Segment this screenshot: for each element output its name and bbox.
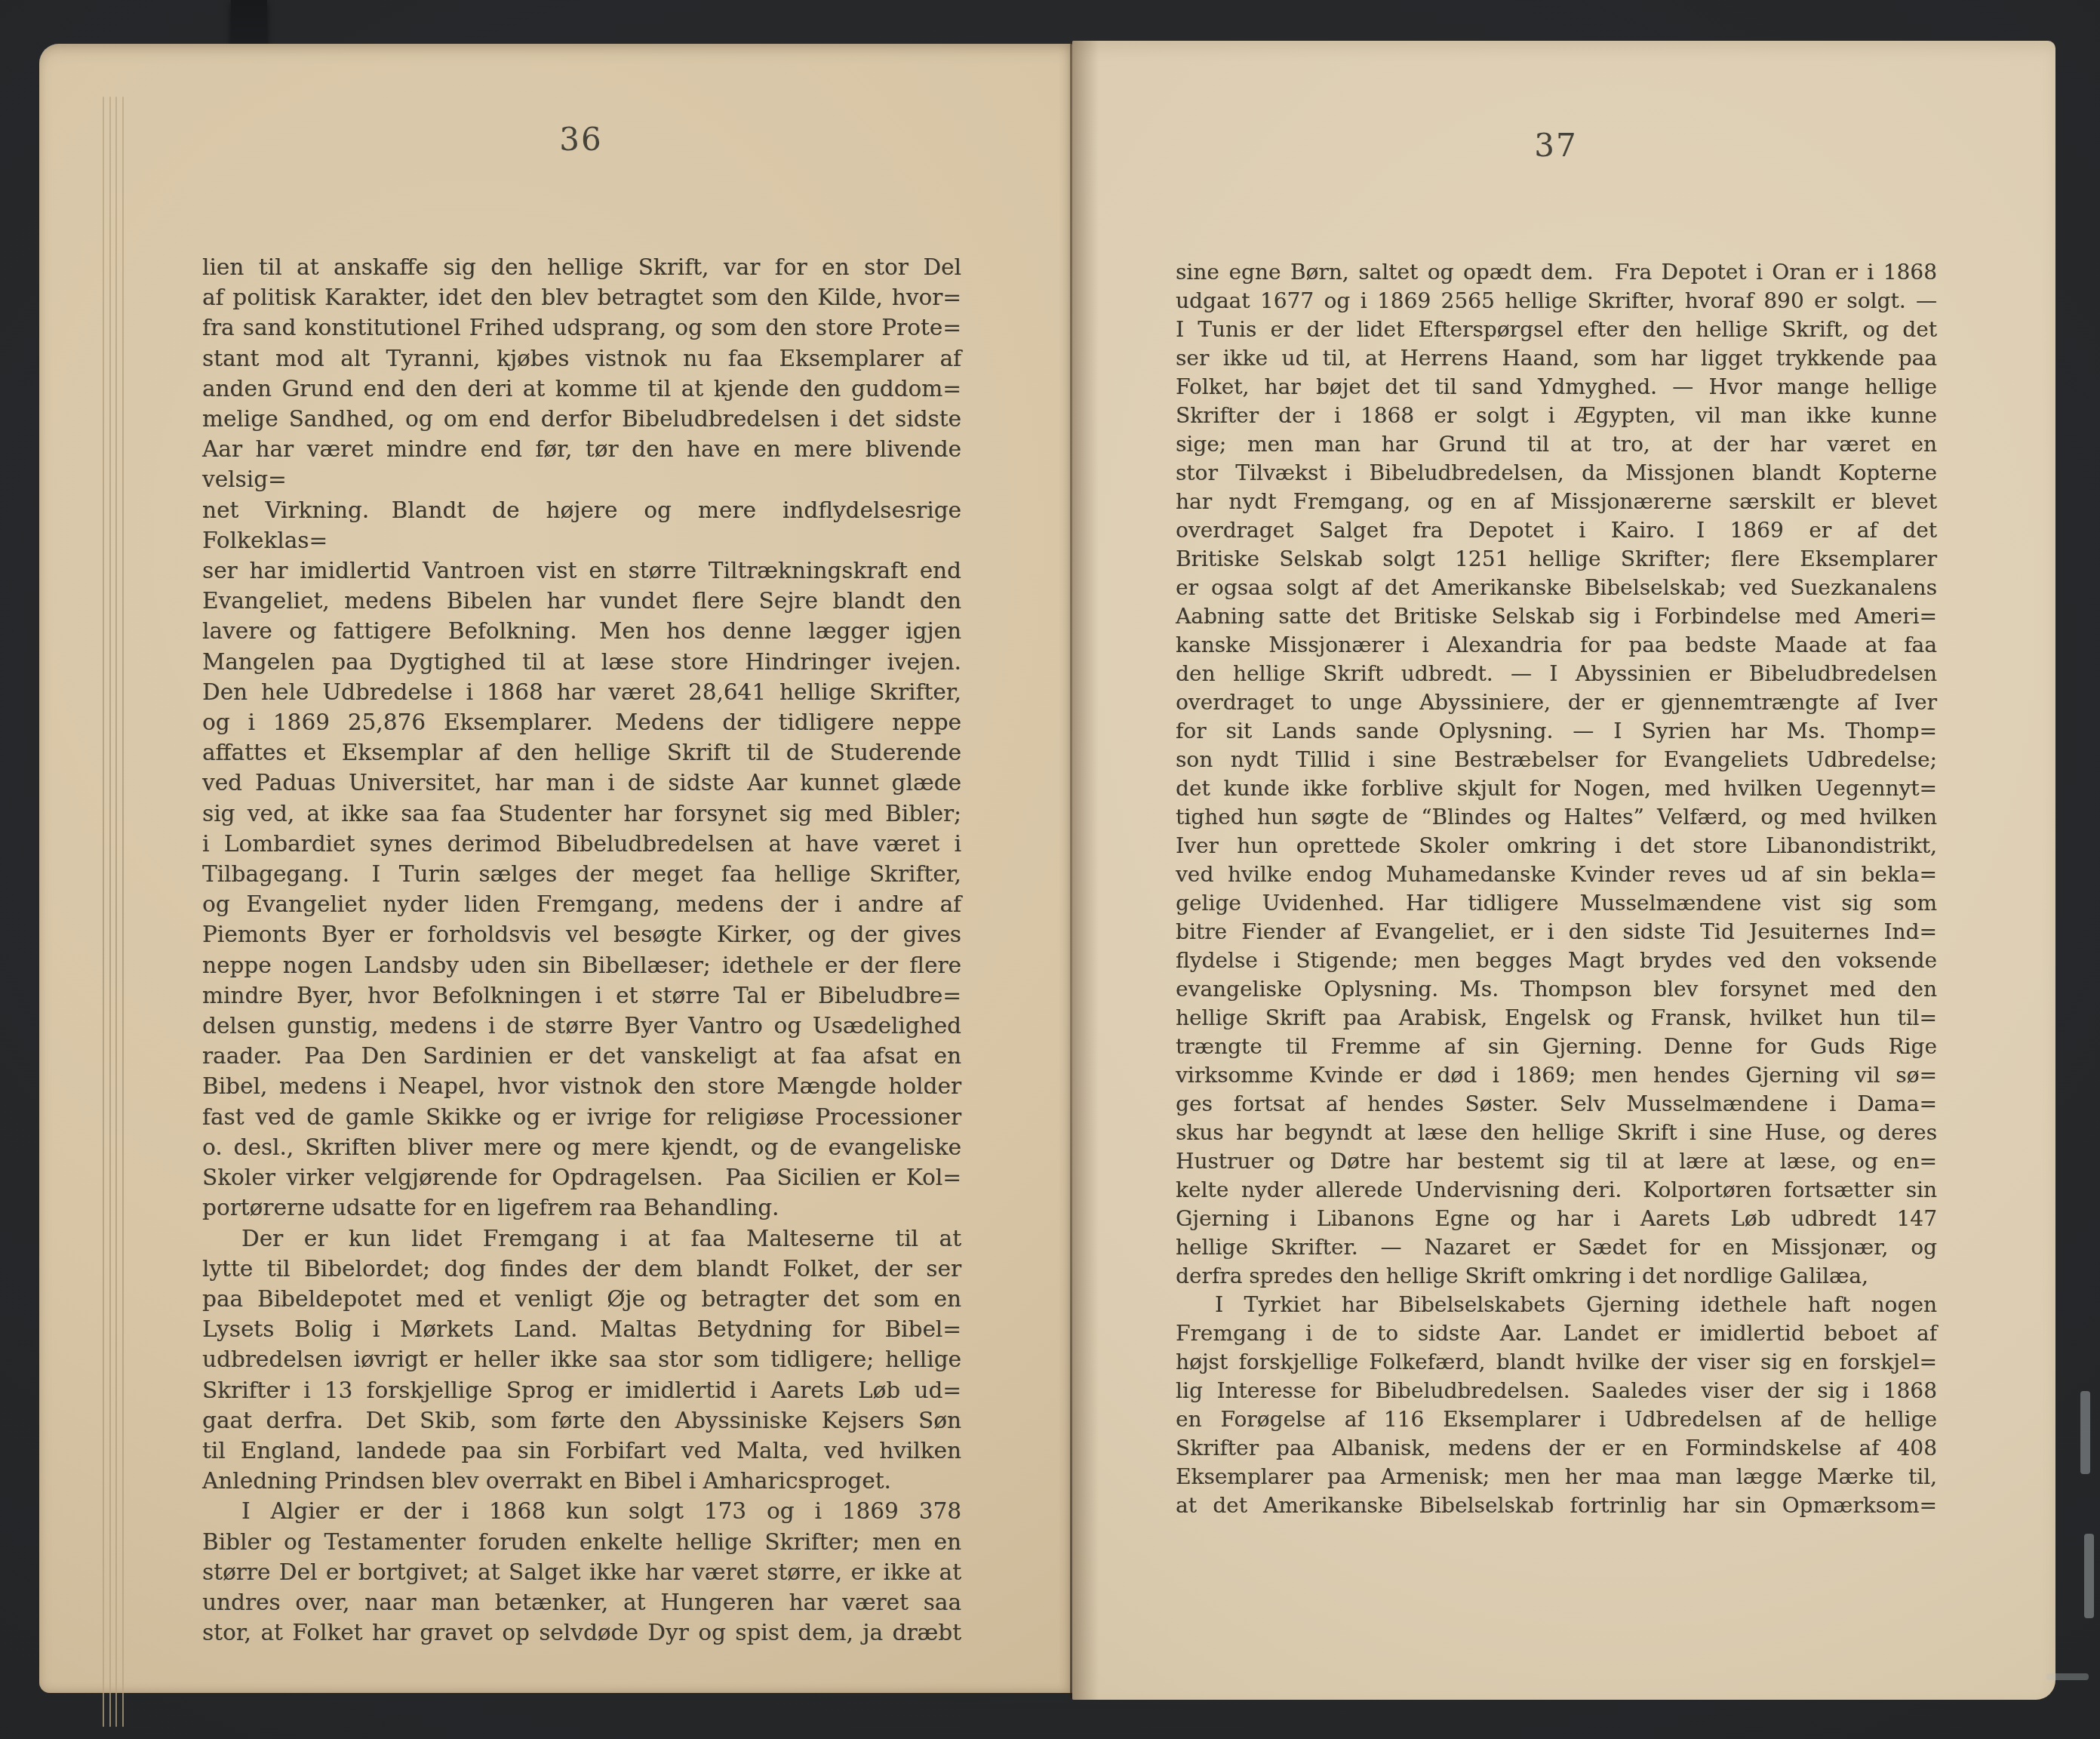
text-line: net Virkning. Blandt de højere og mere i… <box>202 495 961 556</box>
text-line: hellige Skrift paa Arabisk, Engelsk og F… <box>1176 1004 1937 1033</box>
text-line: bitre Fiender af Evangeliet, er i den si… <box>1176 918 1937 946</box>
text-line: og i 1869 25,876 Eksemplarer. Medens der… <box>202 707 961 737</box>
text-line: Mangelen paa Dygtighed til at læse store… <box>202 647 961 677</box>
text-line: er ogsaa solgt af det Amerikanske Bibels… <box>1176 574 1937 602</box>
text-line: Anledning Prindsen blev overrakt en Bibe… <box>202 1466 961 1496</box>
text-line: Bibel, medens i Neapel, hvor vistnok den… <box>202 1071 961 1101</box>
text-line: ved Paduas Universitet, har man i de sid… <box>202 768 961 798</box>
text-line: stor, at Folket har gravet op selvdøde D… <box>202 1617 961 1648</box>
text-line: til England, landede paa sin Forbifart v… <box>202 1436 961 1466</box>
text-line: og Evangeliet nyder liden Fremgang, mede… <box>202 889 961 919</box>
text-line: Der er kun lidet Fremgang i at faa Malte… <box>202 1223 961 1254</box>
text-line: Lysets Bolig i Mørkets Land. Maltas Bety… <box>202 1314 961 1344</box>
text-line: derfra spredes den hellige Skrift omkrin… <box>1176 1262 1937 1291</box>
text-line: Aar har været mindre end før, tør den ha… <box>202 434 961 494</box>
left-page-text: lien til at anskaffe sig den hellige Skr… <box>202 252 961 1648</box>
text-line: stant mod alt Tyranni, kjøbes vistnok nu… <box>202 343 961 374</box>
text-line: at det Amerikanske Bibelselskab fortrinl… <box>1176 1491 1937 1520</box>
book-scan-background: 36 lien til at anskaffe sig den hellige … <box>0 0 2100 1739</box>
text-line: o. desl., Skriften bliver mere og mere k… <box>202 1132 961 1162</box>
text-line: gelige Uvidenhed. Har tidligere Musselmæ… <box>1176 889 1937 918</box>
text-line: melige Sandhed, og om end derfor Bibelud… <box>202 404 961 434</box>
text-line: overdraget Salget fra Depotet i Kairo. I… <box>1176 516 1937 545</box>
text-line: Tilbagegang. I Turin sælges der meget fa… <box>202 859 961 889</box>
text-line: Iver hun oprettede Skoler omkring i det … <box>1176 832 1937 860</box>
right-page: 37 sine egne Børn, saltet og opædt dem. … <box>1072 41 2055 1700</box>
text-line: Skoler virker velgjørende for Opdragelse… <box>202 1162 961 1193</box>
text-line: Den hele Udbredelse i 1868 har været 28,… <box>202 677 961 707</box>
text-line: son nydt Tillid i sine Bestræbelser for … <box>1176 746 1937 774</box>
text-line: skus har begyndt at læse den hellige Skr… <box>1176 1119 1937 1147</box>
text-line: lavere og fattigere Befolkning. Men hos … <box>202 616 961 646</box>
text-line: gaat derfra. Det Skib, som førte den Aby… <box>202 1405 961 1436</box>
page-number-left: 36 <box>536 121 626 158</box>
text-line: anden Grund end den deri at komme til at… <box>202 374 961 404</box>
page-number-right: 37 <box>1511 127 1601 164</box>
text-line: fra sand konstitutionel Frihed udsprang,… <box>202 312 961 343</box>
page-edge-line <box>115 97 117 1727</box>
text-line: ges fortsat af hendes Søster. Selv Musse… <box>1176 1090 1937 1119</box>
text-line: sige; men man har Grund til at tro, at d… <box>1176 430 1937 459</box>
text-line: portørerne udsatte for en ligefrem raa B… <box>202 1193 961 1223</box>
page-edge-line <box>103 97 104 1727</box>
text-line: det kunde ikke forblive skjult for Nogen… <box>1176 774 1937 803</box>
text-line: i Lombardiet synes derimod Bibeludbredel… <box>202 829 961 859</box>
text-line: kelte nyder allerede Undervisning deri. … <box>1176 1176 1937 1205</box>
text-line: delsen gunstig, medens i de større Byer … <box>202 1011 961 1041</box>
text-line: overdraget to unge Abyssiniere, der er g… <box>1176 688 1937 717</box>
page-edge-line <box>109 97 111 1727</box>
text-line: for sit Lands sande Oplysning. — I Syrie… <box>1176 717 1937 746</box>
text-line: lien til at anskaffe sig den hellige Skr… <box>202 252 961 282</box>
text-line: Piemonts Byer er forholdsvis vel besøgte… <box>202 919 961 950</box>
text-line: lytte til Bibelordet; dog findes der dem… <box>202 1254 961 1284</box>
text-line: flydelse i Stigende; men begges Magt bry… <box>1176 946 1937 975</box>
text-line: af politisk Karakter, idet den blev betr… <box>202 282 961 312</box>
text-line: affattes et Eksemplar af den hellige Skr… <box>202 737 961 768</box>
text-line: Hustruer og Døtre har bestemt sig til at… <box>1176 1147 1937 1176</box>
page-edge-line <box>122 97 124 1727</box>
text-line: Evangeliet, medens Bibelen har vundet fl… <box>202 586 961 616</box>
text-line: Fremgang i de to sidste Aar. Landet er i… <box>1176 1319 1937 1348</box>
text-line: Eksemplarer paa Armenisk; men her maa ma… <box>1176 1463 1937 1491</box>
text-line: Skrifter i 13 forskjellige Sprog er imid… <box>202 1375 961 1405</box>
text-line: en Forøgelse af 116 Eksemplarer i Udbred… <box>1176 1405 1937 1434</box>
gutter-fold-line <box>1070 42 1072 1698</box>
text-line: I Tyrkiet har Bibelselskabets Gjerning i… <box>1176 1291 1937 1319</box>
text-line: undres over, naar man betænker, at Hunge… <box>202 1587 961 1617</box>
right-page-text: sine egne Børn, saltet og opædt dem. Fra… <box>1176 258 1937 1520</box>
text-line: I Tunis er der lidet Efterspørgsel efter… <box>1176 315 1937 344</box>
text-line: har nydt Fremgang, og en af Missjonærern… <box>1176 488 1937 516</box>
text-line: udbredelsen iøvrigt er heller ikke saa s… <box>202 1344 961 1374</box>
text-line: tighed hun søgte de “Blindes og Haltes” … <box>1176 803 1937 832</box>
text-line: større Del er bortgivet; at Salget ikke … <box>202 1557 961 1587</box>
text-line: evangeliske Oplysning. Ms. Thompson blev… <box>1176 975 1937 1004</box>
text-line: Bibler og Testamenter foruden enkelte he… <box>202 1527 961 1557</box>
text-line: udgaat 1677 og i 1869 2565 hellige Skrif… <box>1176 287 1937 315</box>
text-line: kanske Missjonærer i Alexandria for paa … <box>1176 631 1937 660</box>
text-line: Skrifter der i 1868 er solgt i Ægypten, … <box>1176 402 1937 430</box>
scanner-cradle-mark <box>2046 1673 2089 1680</box>
text-line: Aabning satte det Britiske Selskab sig i… <box>1176 602 1937 631</box>
text-line: raader. Paa Den Sardinien er det vanskel… <box>202 1041 961 1071</box>
text-line: stor Tilvækst i Bibeludbredelsen, da Mis… <box>1176 459 1937 488</box>
text-line: paa Bibeldepotet med et venligt Øje og b… <box>202 1284 961 1314</box>
text-line: den hellige Skrift udbredt. — I Abyssini… <box>1176 660 1937 688</box>
text-line: lig Interesse for Bibeludbredelsen. Saal… <box>1176 1377 1937 1405</box>
text-line: virksomme Kvinde er død i 1869; men hend… <box>1176 1061 1937 1090</box>
text-line: trængte til Fremme af sin Gjerning. Denn… <box>1176 1033 1937 1061</box>
text-line: neppe nogen Landsby uden sin Bibellæser;… <box>202 950 961 980</box>
text-line: mindre Byer, hvor Befolkningen i et stør… <box>202 980 961 1011</box>
left-page: 36 lien til at anskaffe sig den hellige … <box>39 44 1072 1693</box>
text-line: ser ikke ud til, at Herrens Haand, som h… <box>1176 344 1937 373</box>
scanner-cradle-mark <box>2080 1391 2090 1474</box>
text-line: sine egne Børn, saltet og opædt dem. Fra… <box>1176 258 1937 287</box>
text-line: Britiske Selskab solgt 1251 hellige Skri… <box>1176 545 1937 574</box>
text-line: Skrifter paa Albanisk, medens der er en … <box>1176 1434 1937 1463</box>
page-stack-edges <box>103 97 136 1727</box>
text-line: I Algier er der i 1868 kun solgt 173 og … <box>202 1496 961 1526</box>
text-line: højst forskjellige Folkefærd, blandt hvi… <box>1176 1348 1937 1377</box>
text-line: Folket, har bøjet det til sand Ydmyghed.… <box>1176 373 1937 402</box>
text-line: fast ved de gamle Skikke og er ivrige fo… <box>202 1102 961 1132</box>
text-line: ved hvilke endog Muhamedanske Kvinder re… <box>1176 860 1937 889</box>
text-line: sig ved, at ikke saa faa Studenter har f… <box>202 799 961 829</box>
text-line: hellige Skrifter. — Nazaret er Sædet for… <box>1176 1233 1937 1262</box>
text-line: ser har imidlertid Vantroen vist en stør… <box>202 556 961 586</box>
scanner-cradle-mark <box>2084 1534 2094 1618</box>
text-line: Gjerning i Libanons Egne og har i Aarets… <box>1176 1205 1937 1233</box>
